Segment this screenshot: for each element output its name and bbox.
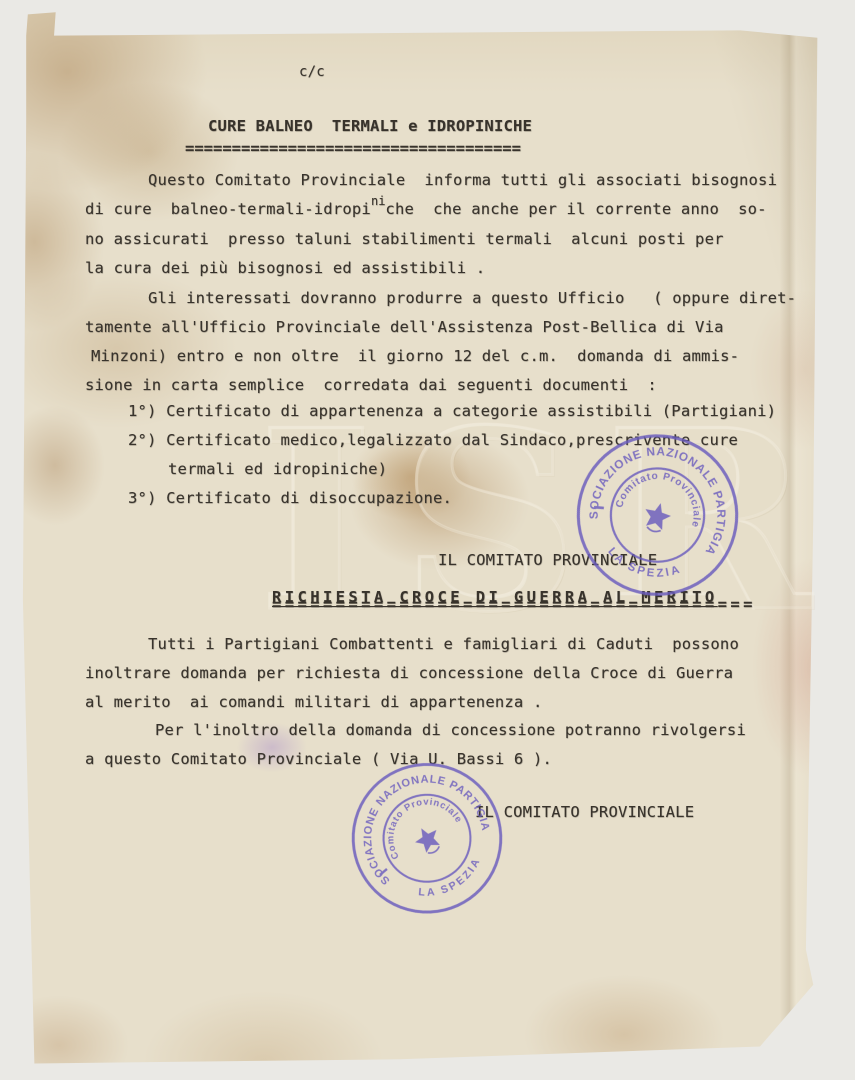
text-line: inoltrare domanda per richiesta di conce… [85, 659, 739, 688]
corner-mark: c/c [299, 58, 325, 87]
text-segment: che che anche per il corrente anno so- [385, 200, 766, 218]
document-title-block: CURE BALNEO TERMALI e IDROPINICHE ======… [208, 112, 532, 163]
text-line: tamente all'Ufficio Provinciale dell'Ass… [85, 313, 796, 342]
text-line: di cure balneo-termali-idropiniche che a… [85, 195, 777, 225]
text-line: la cura dei più bisognosi ed assistibili… [85, 254, 777, 283]
paragraph-1: Questo Comitato Provinciale informa tutt… [85, 166, 777, 283]
text-segment: di cure balneo-termali-idropi [85, 200, 371, 218]
text-line: no assicurati presso taluni stabilimenti… [85, 225, 777, 254]
stamp-star-emblem [641, 500, 673, 531]
paragraph-2: Gli interessati dovranno produrre a ques… [85, 284, 796, 400]
paragraph-3: Tutti i Partigiani Combattenti e famigli… [85, 630, 739, 717]
text-line: Minzoni) entro e non oltre il giorno 12 … [85, 342, 796, 371]
scan-surface: ISR c/c CURE BALNEO TERMALI e IDROPINICH… [0, 0, 855, 1080]
stamp-bottom-text: LA SPEZIA [413, 852, 490, 910]
svg-text:LA SPEZIA: LA SPEZIA [413, 852, 490, 910]
title-underline: ==================================== [185, 134, 532, 163]
text-line: al merito ai comandi militari di apparte… [85, 688, 739, 717]
list-item: 1°) Certificato di appartenenza a catego… [128, 397, 776, 426]
text-line: Questo Comitato Provinciale informa tutt… [85, 166, 777, 195]
text-line: sione in carta semplice corredata dai se… [85, 371, 796, 400]
stamp-star-emblem [411, 822, 444, 855]
text-line: Gli interessati dovranno produrre a ques… [85, 284, 796, 313]
text-line: Per l'inoltro della domanda di concessio… [85, 716, 746, 745]
text-line: Tutti i Partigiani Combattenti e famigli… [85, 630, 739, 659]
superscript-correction: ni [371, 194, 385, 208]
